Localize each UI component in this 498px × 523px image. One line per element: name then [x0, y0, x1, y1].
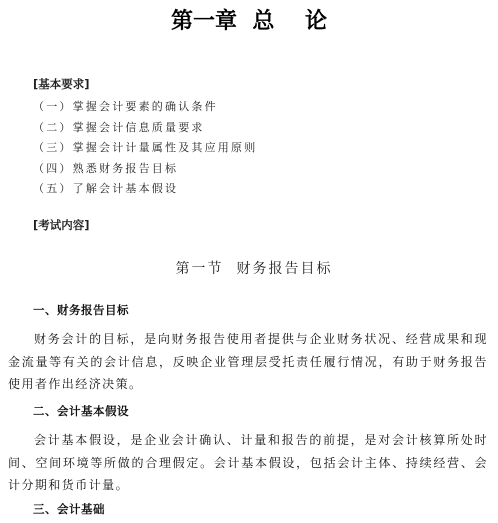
- chapter-title: 第一章 总 论: [0, 4, 498, 35]
- basic-requirements-heading: [基本要求]: [33, 76, 90, 92]
- exam-content-heading: [考试内容]: [33, 217, 90, 233]
- subsection-heading-objectives: 一、财务报告目标: [33, 302, 129, 318]
- subsection-heading-basis: 三、会计基础: [33, 501, 105, 517]
- requirement-item: （二）掌握会计信息质量要求: [33, 118, 257, 139]
- requirement-item: （三）掌握会计计量属性及其应用原则: [33, 138, 257, 159]
- section-title: 第一节 财务报告目标: [0, 258, 498, 278]
- requirement-item: （一）掌握会计要素的确认条件: [33, 97, 257, 118]
- document-page: 第一章 总 论 [基本要求] （一）掌握会计要素的确认条件 （二）掌握会计信息质…: [0, 0, 498, 523]
- requirement-item: （四）熟悉财务报告目标: [33, 159, 257, 180]
- requirement-item: （五）了解会计基本假设: [33, 179, 257, 200]
- subsection-heading-assumptions: 二、会计基本假设: [33, 403, 129, 419]
- paragraph-assumptions: 会计基本假设，是企业会计确认、计量和报告的前提，是对会计核算所处时间、空间环境等…: [8, 429, 488, 497]
- paragraph-objectives: 财务会计的目标，是向财务报告使用者提供与企业财务状况、经营成果和现金流量等有关的…: [8, 328, 488, 396]
- requirements-list: （一）掌握会计要素的确认条件 （二）掌握会计信息质量要求 （三）掌握会计计量属性…: [33, 97, 257, 200]
